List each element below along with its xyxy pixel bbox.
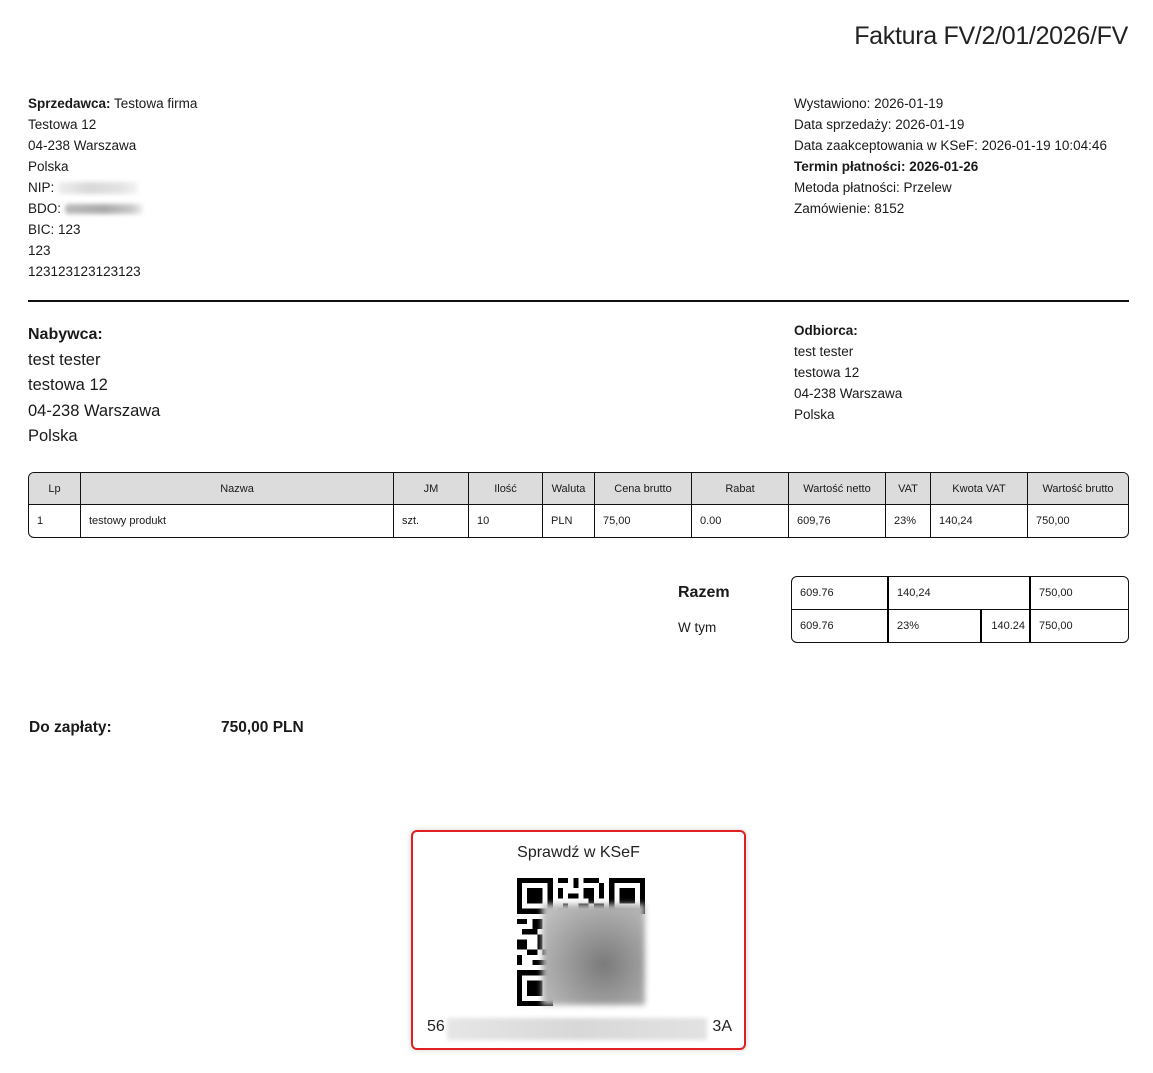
payment-method: Metoda płatności: Przelew (794, 177, 1107, 198)
table-row: 1testowy produktszt.10PLN75,000.00609,76… (29, 505, 1128, 537)
recipient-block: Odbiorca: test tester testowa 12 04-238 … (794, 320, 902, 425)
buyer-label: Nabywca: (28, 322, 160, 348)
table-cell: 609,76 (789, 505, 886, 537)
column-header: Wartość brutto (1028, 473, 1128, 505)
dates-block: Wystawiono: 2026-01-19 Data sprzedaży: 2… (794, 93, 1107, 219)
seller-name: Testowa firma (114, 96, 197, 111)
order-number: Zamówienie: 8152 (794, 198, 1107, 219)
amount-due-value: 750,00 PLN (221, 719, 304, 737)
summary-table: 609.76 140,24 750,00 609.76 23% 140.24 7… (791, 576, 1129, 643)
summary-breakdown-row: 609.76 23% 140.24 750,00 (792, 610, 1128, 642)
buyer-street: testowa 12 (28, 373, 160, 399)
summary-total-label: Razem (678, 584, 730, 602)
seller-city: 04-238 Warszawa (28, 135, 197, 156)
summary-total-vat: 140,24 (889, 577, 1031, 610)
seller-nip-redacted (58, 182, 138, 194)
recipient-city: 04-238 Warszawa (794, 383, 902, 404)
table-cell: testowy produkt (81, 505, 394, 537)
seller-bic: BIC: 123 (28, 219, 197, 240)
items-header-row: LpNazwaJMIlośćWalutaCena bruttoRabatWart… (29, 473, 1128, 505)
table-cell: szt. (394, 505, 469, 537)
column-header: VAT (886, 473, 931, 505)
recipient-label: Odbiorca: (794, 320, 902, 341)
summary-total-row: 609.76 140,24 750,00 (792, 577, 1128, 610)
column-header: Waluta (543, 473, 595, 505)
divider (28, 300, 1129, 302)
column-header: Lp (29, 473, 81, 505)
buyer-city: 04-238 Warszawa (28, 399, 160, 425)
seller-nip-label: NIP: (28, 180, 54, 195)
table-cell: PLN (543, 505, 595, 537)
recipient-country: Polska (794, 404, 902, 425)
ksef-code-end: 3A (712, 1018, 732, 1036)
column-header: JM (394, 473, 469, 505)
seller-bdo-label: BDO: (28, 201, 61, 216)
ksef-verification-box[interactable]: Sprawdź w KSeF 56 3A (411, 830, 746, 1050)
ksef-code-start: 56 (427, 1018, 445, 1036)
summary-breakdown-label: W tym (678, 620, 716, 635)
seller-country: Polska (28, 156, 197, 177)
table-cell: 75,00 (595, 505, 692, 537)
recipient-street: testowa 12 (794, 362, 902, 383)
summary-total-gross: 750,00 (1031, 577, 1128, 610)
seller-street: Testowa 12 (28, 114, 197, 135)
table-cell: 140,24 (931, 505, 1028, 537)
column-header: Cena brutto (595, 473, 692, 505)
summary-breakdown-net: 609.76 (792, 610, 889, 642)
summary-breakdown-vat: 140.24 (982, 610, 1031, 642)
sale-date: Data sprzedaży: 2026-01-19 (794, 114, 1107, 135)
summary-breakdown-rate: 23% (889, 610, 982, 642)
ksef-accepted-date: Data zaakceptowania w KSeF: 2026-01-19 1… (794, 135, 1107, 156)
amount-due-label: Do zapłaty: (29, 719, 112, 737)
ksef-code-redacted (447, 1018, 707, 1040)
issued-date: Wystawiono: 2026-01-19 (794, 93, 1107, 114)
column-header: Ilość (469, 473, 543, 505)
summary-breakdown-gross: 750,00 (1031, 610, 1128, 642)
recipient-name: test tester (794, 341, 902, 362)
table-cell: 10 (469, 505, 543, 537)
items-table: LpNazwaJMIlośćWalutaCena bruttoRabatWart… (28, 472, 1129, 538)
seller-bdo-redacted (65, 204, 143, 214)
due-date: Termin płatności: 2026-01-26 (794, 156, 1107, 177)
table-cell: 1 (29, 505, 81, 537)
ksef-title: Sprawdź w KSeF (413, 844, 744, 862)
table-cell: 750,00 (1028, 505, 1128, 537)
seller-label: Sprzedawca: (28, 96, 111, 111)
table-cell: 0.00 (692, 505, 789, 537)
seller-extra-1: 123 (28, 240, 197, 261)
buyer-country: Polska (28, 424, 160, 450)
seller-block: Sprzedawca: Testowa firma Testowa 12 04-… (28, 93, 197, 282)
qr-redacted-area (542, 904, 645, 1005)
summary-total-net: 609.76 (792, 577, 889, 610)
column-header: Rabat (692, 473, 789, 505)
buyer-name: test tester (28, 348, 160, 374)
invoice-title: Faktura FV/2/01/2026/FV (854, 22, 1128, 51)
seller-extra-2: 123123123123123 (28, 261, 197, 282)
column-header: Wartość netto (789, 473, 886, 505)
buyer-block: Nabywca: test tester testowa 12 04-238 W… (28, 322, 160, 450)
table-cell: 23% (886, 505, 931, 537)
column-header: Nazwa (81, 473, 394, 505)
column-header: Kwota VAT (931, 473, 1028, 505)
